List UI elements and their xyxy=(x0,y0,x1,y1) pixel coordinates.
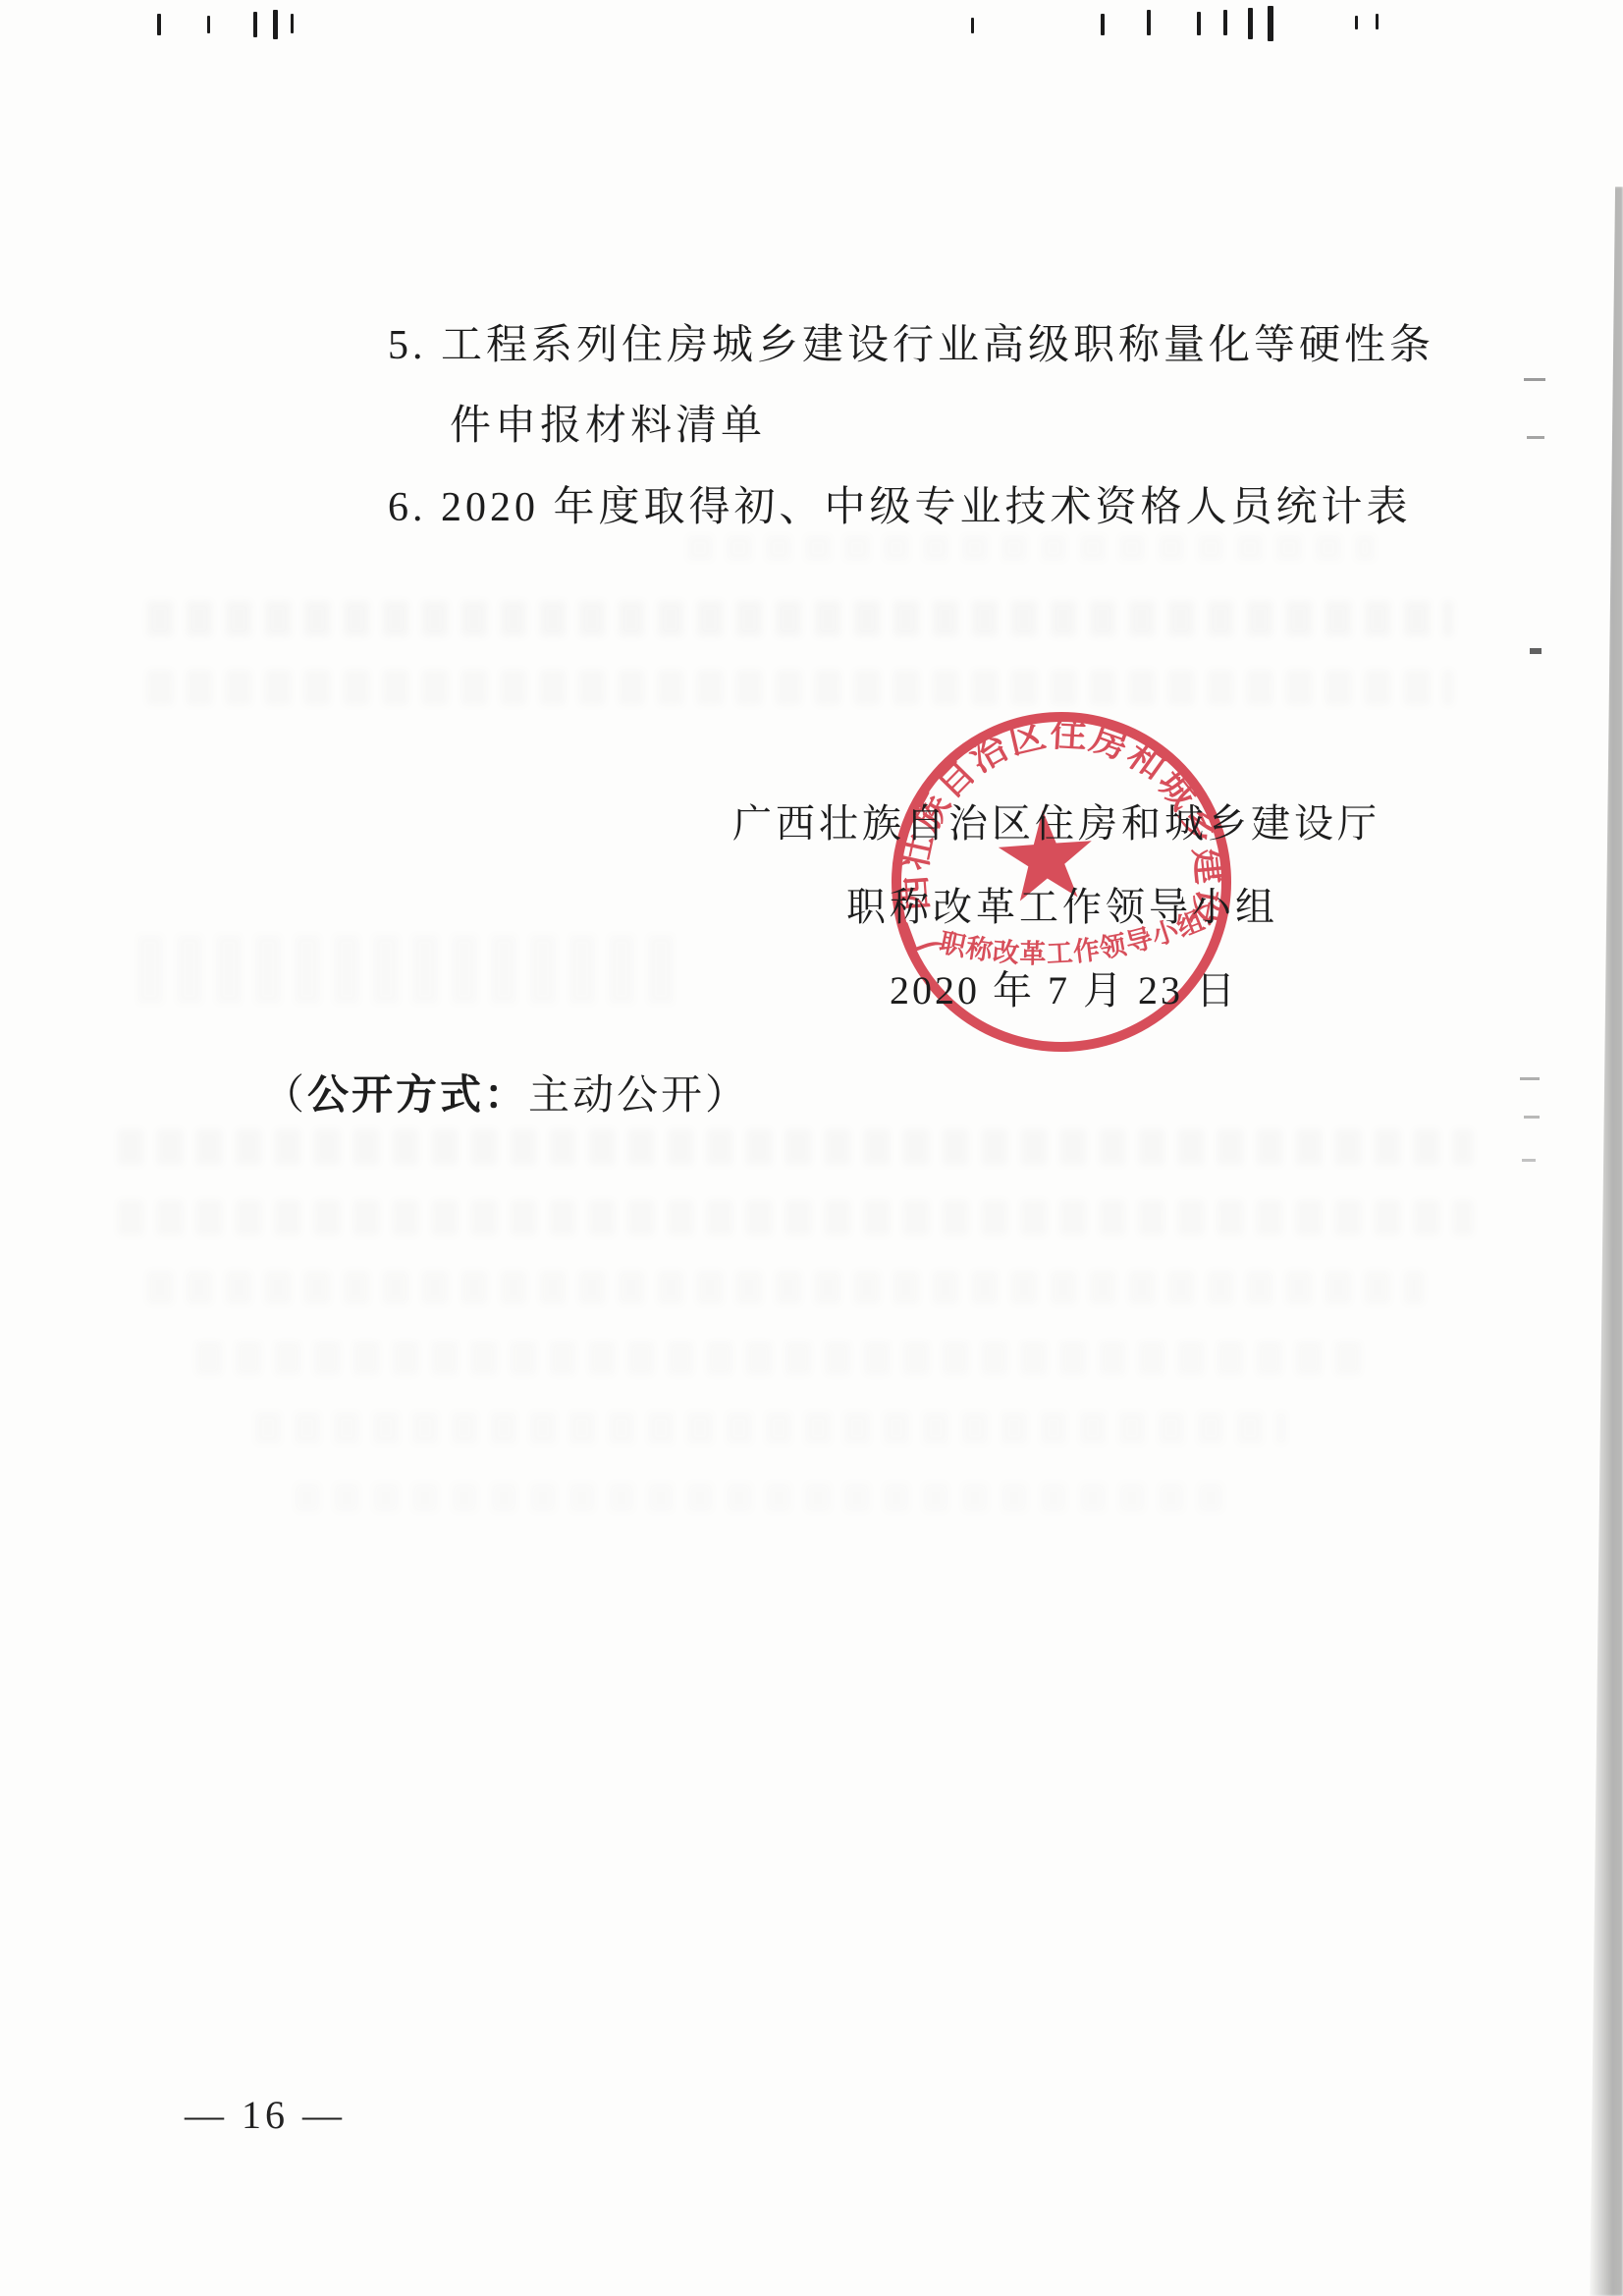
bleed-through-ghost xyxy=(118,1200,1473,1235)
bleed-through-ghost xyxy=(147,670,1453,705)
scanner-tick-mark xyxy=(1197,12,1201,35)
scanner-tick-mark xyxy=(1248,8,1253,39)
attachment-item-6: 6. 2020 年度取得初、中级专业技术资格人员统计表 xyxy=(388,487,1412,528)
signature-org-name: 广西壮族自治区住房和城乡建设厅 xyxy=(732,804,1380,844)
disclosure-label: 公开方式： xyxy=(307,1073,528,1119)
document-page: 5. 工程系列住房城乡建设行业高级职称量化等硬性条 件申报材料清单 6. 202… xyxy=(0,0,1623,2296)
bleed-through-ghost xyxy=(196,1341,1375,1375)
scanner-tick-mark xyxy=(273,10,278,39)
scanner-tick-mark xyxy=(971,18,974,33)
official-seal: 广西壮族自治区住房和城乡建设厅 职称改革工作领导小组 xyxy=(866,686,1256,1076)
disclosure-open-paren: （ xyxy=(263,1073,307,1119)
scanner-tick-mark xyxy=(291,14,294,33)
disclosure-close-paren: ） xyxy=(705,1073,749,1119)
scanner-tick-mark xyxy=(1101,14,1105,35)
bleed-through-ghost xyxy=(147,1271,1424,1304)
scanner-tick-mark xyxy=(207,16,210,33)
attachment-item-5-line-1: 5. 工程系列住房城乡建设行业高级职称量化等硬性条 xyxy=(388,325,1434,366)
bleed-through-ghost xyxy=(255,1412,1286,1444)
disclosure-line: （公开方式：主动公开） xyxy=(263,1075,749,1117)
scan-speck xyxy=(1522,1159,1536,1162)
scan-speck xyxy=(1520,1077,1540,1080)
scanner-tick-mark xyxy=(1147,10,1151,35)
scanner-tick-mark xyxy=(157,14,161,35)
scanner-tick-mark xyxy=(253,12,257,37)
page-number: — 16 — xyxy=(185,2096,346,2135)
bleed-through-ghost xyxy=(295,1483,1227,1512)
scanner-tick-mark xyxy=(1355,16,1358,29)
scan-speck xyxy=(1524,378,1545,381)
bleed-through-ghost xyxy=(147,601,1453,636)
scanner-tick-mark xyxy=(1223,10,1227,35)
page-edge-shadow xyxy=(1588,187,1623,2296)
bleed-through-ghost xyxy=(687,535,1375,561)
signature-group-name: 职称改革工作领导小组 xyxy=(846,888,1278,927)
scan-speck xyxy=(1530,648,1542,654)
signature-date: 2020 年 7 月 23 日 xyxy=(890,971,1238,1011)
scan-speck xyxy=(1524,1116,1540,1119)
scanner-tick-mark xyxy=(1268,6,1273,41)
bleed-through-ghost xyxy=(118,1129,1473,1165)
scan-speck xyxy=(1527,436,1544,439)
disclosure-value: 主动公开 xyxy=(528,1073,705,1119)
attachment-item-5-line-2: 件申报材料清单 xyxy=(450,406,766,447)
bleed-through-ghost xyxy=(137,935,687,1004)
scanner-tick-mark xyxy=(1376,14,1379,29)
